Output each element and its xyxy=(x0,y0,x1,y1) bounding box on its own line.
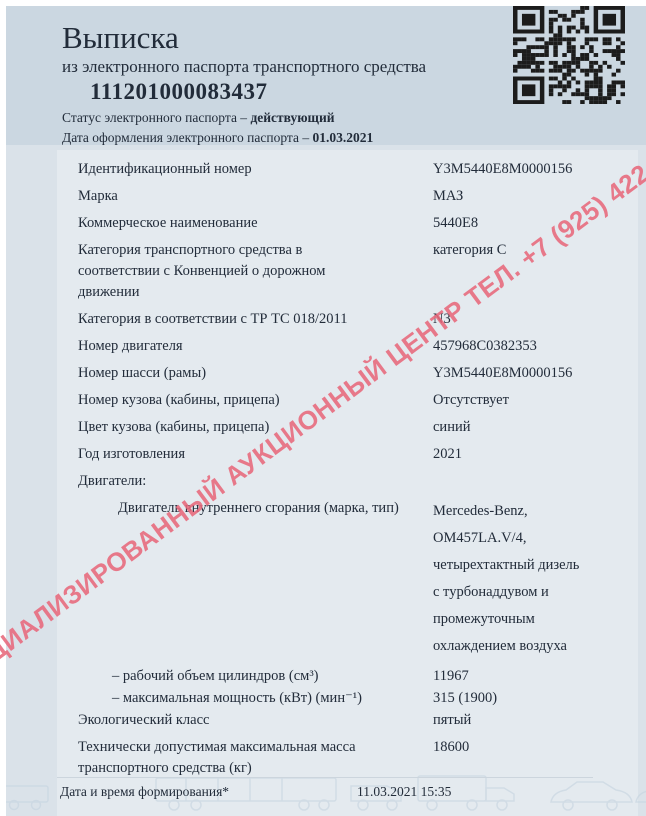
field-label: Коммерческое наименование xyxy=(78,213,433,234)
table-row: Двигатели: xyxy=(78,471,620,492)
field-label: – максимальная мощность (кВт) (мин⁻¹) xyxy=(78,688,433,709)
page-subtitle: из электронного паспорта транспортного с… xyxy=(62,56,426,78)
field-value xyxy=(433,471,620,492)
generation-datetime-label: Дата и время формирования* xyxy=(60,783,229,801)
table-row: Цвет кузова (кабины, прицепа)синий xyxy=(78,417,620,438)
table-row: – максимальная мощность (кВт) (мин⁻¹)315… xyxy=(78,688,620,709)
field-label: Категория транспортного средства в соотв… xyxy=(78,240,433,303)
field-label: Номер кузова (кабины, прицепа) xyxy=(78,390,433,411)
page-title: Выписка xyxy=(62,20,179,56)
passport-status-value: действующий xyxy=(250,110,334,125)
table-row: Номер двигателя457968C0382353 xyxy=(78,336,620,357)
field-value: Отсутствует xyxy=(433,390,620,411)
field-value: пятый xyxy=(433,710,620,731)
field-label: – рабочий объем цилиндров (см³) xyxy=(78,666,433,687)
passport-status-line: Статус электронного паспорта – действующ… xyxy=(62,109,335,127)
field-value: синий xyxy=(433,417,620,438)
table-row: МаркаМАЗ xyxy=(78,186,620,207)
document-number: 111201000083437 xyxy=(90,78,267,106)
issue-date-line: Дата оформления электронного паспорта – … xyxy=(62,129,373,147)
passport-status-label: Статус электронного паспорта – xyxy=(62,110,250,125)
field-value: Mercedes-Benz, OM457LA.V/4, четырехтактн… xyxy=(433,498,620,660)
table-row: – рабочий объем цилиндров (см³)11967 xyxy=(78,666,620,687)
field-label: Экологический класс xyxy=(78,710,433,731)
field-value: 11967 xyxy=(433,666,620,687)
generation-datetime-value: 11.03.2021 15:35 xyxy=(357,783,451,801)
field-label: Цвет кузова (кабины, прицепа) xyxy=(78,417,433,438)
document-page: Выписка из электронного паспорта транспо… xyxy=(0,0,646,816)
field-value: 457968C0382353 xyxy=(433,336,620,357)
field-value: Y3M5440E8M0000156 xyxy=(433,159,620,180)
field-value: 2021 xyxy=(433,444,620,465)
footer-divider xyxy=(57,777,593,778)
field-value: 315 (1900) xyxy=(433,688,620,709)
field-label: Категория в соответствии с ТР ТС 018/201… xyxy=(78,309,433,330)
table-row: Год изготовления2021 xyxy=(78,444,620,465)
issue-date-label: Дата оформления электронного паспорта – xyxy=(62,130,312,145)
field-label: Идентификационный номер xyxy=(78,159,433,180)
table-row: Категория в соответствии с ТР ТС 018/201… xyxy=(78,309,620,330)
table-row: Экологический класспятый xyxy=(78,710,620,731)
qr-code-icon xyxy=(513,6,625,104)
issue-date-value: 01.03.2021 xyxy=(312,130,373,145)
field-label: Марка xyxy=(78,186,433,207)
table-row: Идентификационный номерY3M5440E8M0000156 xyxy=(78,159,620,180)
field-label: Двигатель внутреннего сгорания (марка, т… xyxy=(78,498,433,660)
field-value: Y3M5440E8M0000156 xyxy=(433,363,620,384)
